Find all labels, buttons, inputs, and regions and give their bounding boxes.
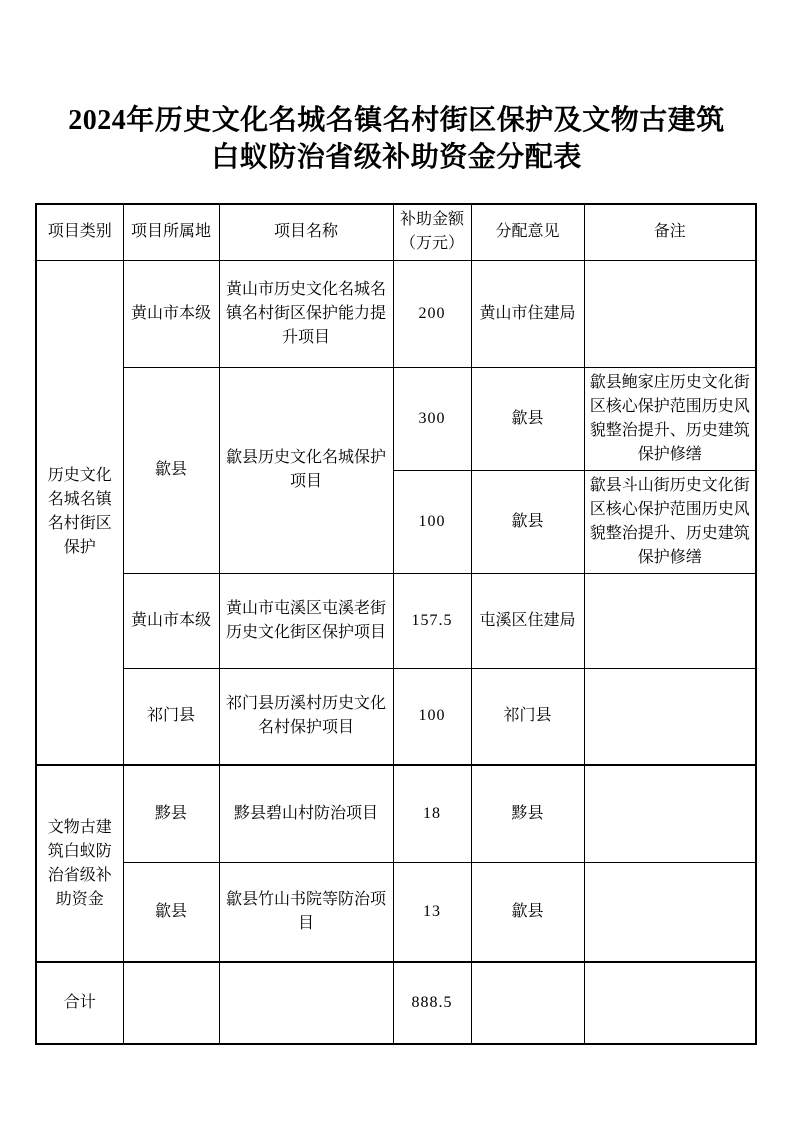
header-cell-project: 项目名称	[219, 204, 393, 260]
cell-r4-amount: 157.5	[393, 573, 471, 668]
cell-r1-opinion: 黄山市住建局	[471, 260, 584, 367]
table-row-huangshan-capacity: 历史文化名城名镇名村街区保护 黄山市本级 黄山市历史文化名城名镇名村街区保护能力…	[36, 260, 756, 367]
cell-total-project	[219, 962, 393, 1044]
cell-r1-amount: 200	[393, 260, 471, 367]
document-title: 2024年历史文化名城名镇名村街区保护及文物古建筑白蚁防治省级补助资金分配表	[0, 102, 793, 176]
cell-r5-opinion: 祁门县	[471, 668, 584, 765]
table-row-shexian-zhushan: 歙县 歙县竹山书院等防治项目 13 歙县	[36, 862, 756, 962]
cell-category-section2: 文物古建筑白蚁防治省级补助资金	[36, 765, 123, 962]
cell-r6-note	[584, 765, 756, 862]
document-page: 2024年历史文化名城名镇名村街区保护及文物古建筑白蚁防治省级补助资金分配表 项…	[0, 0, 793, 1122]
cell-r2-amount: 300	[393, 367, 471, 470]
cell-r1-project: 黄山市历史文化名城名镇名村街区保护能力提升项目	[219, 260, 393, 367]
cell-r4-location: 黄山市本级	[123, 573, 219, 668]
header-cell-opinion: 分配意见	[471, 204, 584, 260]
cell-r6-amount: 18	[393, 765, 471, 862]
table-row-shexian-300: 歙县 歙县历史文化名城保护项目 300 歙县 歙县鲍家庄历史文化街区核心保护范围…	[36, 367, 756, 470]
allocation-table-container: 项目类别 项目所属地 项目名称 补助金额 （万元） 分配意见 备注 历史文化名城…	[35, 203, 757, 1045]
cell-r2-opinion: 歙县	[471, 367, 584, 470]
document-title-line2: 白蚁防治省级补助资金分配表	[211, 142, 582, 173]
cell-total-opinion	[471, 962, 584, 1044]
cell-r4-project: 黄山市屯溪区屯溪老街历史文化街区保护项目	[219, 573, 393, 668]
cell-r7-location: 歙县	[123, 862, 219, 962]
cell-r4-note	[584, 573, 756, 668]
header-cell-location: 项目所属地	[123, 204, 219, 260]
header-cell-category: 项目类别	[36, 204, 123, 260]
table-header-row: 项目类别 项目所属地 项目名称 补助金额 （万元） 分配意见 备注	[36, 204, 756, 260]
cell-r5-amount: 100	[393, 668, 471, 765]
cell-r6-opinion: 黟县	[471, 765, 584, 862]
allocation-table: 项目类别 项目所属地 项目名称 补助金额 （万元） 分配意见 备注 历史文化名城…	[35, 203, 757, 1045]
document-title-line1: 2024年历史文化名城名镇名村街区保护及文物古建筑	[68, 105, 725, 136]
cell-r6-location: 黟县	[123, 765, 219, 862]
cell-r7-project: 歙县竹山书院等防治项目	[219, 862, 393, 962]
cell-r7-note	[584, 862, 756, 962]
cell-r1-location: 黄山市本级	[123, 260, 219, 367]
table-row-total: 合计 888.5	[36, 962, 756, 1044]
cell-r5-note	[584, 668, 756, 765]
cell-r3-amount: 100	[393, 470, 471, 573]
cell-r5-project: 祁门县历溪村历史文化名村保护项目	[219, 668, 393, 765]
cell-shexian-location: 歙县	[123, 367, 219, 573]
cell-total-label: 合计	[36, 962, 123, 1044]
cell-r4-opinion: 屯溪区住建局	[471, 573, 584, 668]
cell-r3-note: 歙县斗山街历史文化街区核心保护范围历史风貌整治提升、历史建筑保护修缮	[584, 470, 756, 573]
cell-r5-location: 祁门县	[123, 668, 219, 765]
header-cell-note: 备注	[584, 204, 756, 260]
cell-r2-note: 歙县鲍家庄历史文化街区核心保护范围历史风貌整治提升、历史建筑保护修缮	[584, 367, 756, 470]
cell-r3-opinion: 歙县	[471, 470, 584, 573]
cell-r7-opinion: 歙县	[471, 862, 584, 962]
cell-total-location	[123, 962, 219, 1044]
cell-r1-note	[584, 260, 756, 367]
table-row-qimen-lixi: 祁门县 祁门县历溪村历史文化名村保护项目 100 祁门县	[36, 668, 756, 765]
header-cell-amount: 补助金额 （万元）	[393, 204, 471, 260]
table-row-tunxi-oldstreet: 黄山市本级 黄山市屯溪区屯溪老街历史文化街区保护项目 157.5 屯溪区住建局	[36, 573, 756, 668]
cell-r6-project: 黟县碧山村防治项目	[219, 765, 393, 862]
cell-category-section1: 历史文化名城名镇名村街区保护	[36, 260, 123, 765]
cell-r7-amount: 13	[393, 862, 471, 962]
table-row-yixian-bishan: 文物古建筑白蚁防治省级补助资金 黟县 黟县碧山村防治项目 18 黟县	[36, 765, 756, 862]
cell-shexian-project: 歙县历史文化名城保护项目	[219, 367, 393, 573]
cell-total-amount: 888.5	[393, 962, 471, 1044]
cell-total-note	[584, 962, 756, 1044]
